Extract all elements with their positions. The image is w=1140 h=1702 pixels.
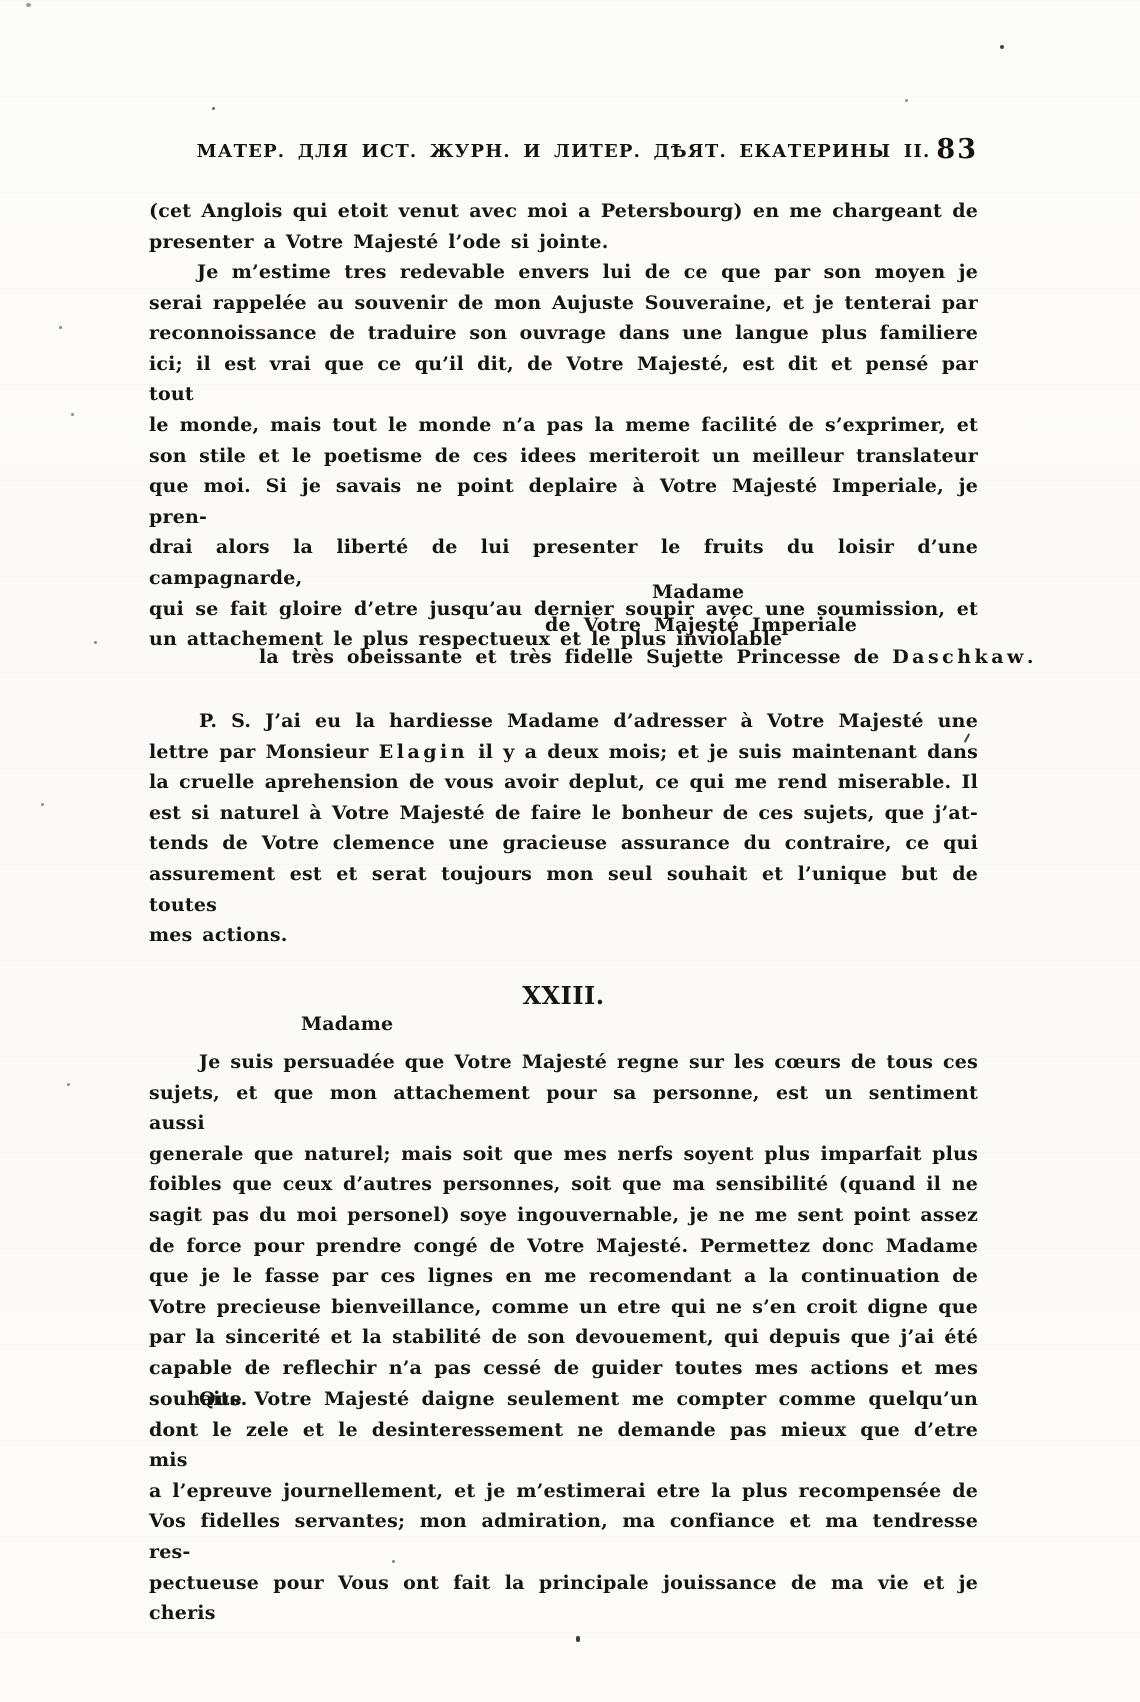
text-line: reconnoissance de traduire son ouvrage d… [149, 318, 978, 349]
text-line: Votre precieuse bienveillance, comme un … [149, 1292, 978, 1323]
text-line: pectueuse pour Vous ont fait la principa… [149, 1568, 978, 1629]
postscript-paragraph: P. S. J’ai eu la hardiesse Madame d’adre… [149, 706, 978, 951]
text-line: (cet Anglois qui etoit venut avec moi a … [149, 196, 978, 227]
scan-speck [1000, 45, 1004, 49]
scan-speck [26, 3, 31, 7]
scan-speck [576, 1636, 580, 1642]
text-line: XXIII. [149, 983, 978, 1009]
text-line: generale que naturel; mais soit que mes … [149, 1139, 978, 1170]
text-line: a l’epreuve journellement, et je m’estim… [149, 1476, 978, 1507]
text-line: la très obeissante et très fidelle Sujet… [259, 641, 978, 674]
text-line: Que Votre Majesté daigne seulement me co… [199, 1384, 978, 1415]
text-line: Je m’estime tres redevable envers lui de… [197, 257, 978, 288]
text-line: P. S. J’ai eu la hardiesse Madame d’adre… [199, 706, 978, 737]
text-line: dont le zele et le desinteressement ne d… [149, 1415, 978, 1476]
text-line: est si naturel à Votre Majesté de faire … [149, 798, 978, 829]
text-line: ici; il est vrai que ce qu’il dit, de Vo… [149, 349, 978, 410]
text-line: presenter a Votre Majesté l’ode si joint… [149, 227, 978, 258]
text-line: par la sincerité et la stabilité de son … [149, 1322, 978, 1353]
text-line: que moi. Si je savais ne point deplaire … [149, 471, 978, 532]
scan-speck [67, 1083, 70, 1086]
text-line: de force pour prendre congé de Votre Maj… [149, 1231, 978, 1262]
text-line: Vos fidelles servantes; mon admiration, … [149, 1506, 978, 1567]
text-line: lettre par Monsieur Elagin il y a deux m… [149, 737, 978, 768]
text-line: Je suis persuadée que Votre Majesté regn… [199, 1047, 978, 1078]
scan-speck [71, 413, 74, 416]
text-line: mes actions. [149, 920, 978, 951]
text-line: Madame [301, 1009, 978, 1040]
salutation: Madame [149, 1009, 978, 1040]
text-line: Madame [652, 576, 978, 609]
text-line: de Votre Majesté Imperiale [545, 609, 978, 642]
text-line: sagit pas du moi personel) soye ingouver… [149, 1200, 978, 1231]
text-line: le monde, mais tout le monde n’a pas la … [149, 410, 978, 441]
paragraph-daigne: Que Votre Majesté daigne seulement me co… [149, 1384, 978, 1629]
text-line: son stile et le poetisme de ces idees me… [149, 441, 978, 472]
section-heading: XXIII. [149, 983, 978, 1009]
letter-signature: Madamede Votre Majesté Imperialela très … [149, 576, 978, 674]
text-line: la cruelle aprehension de vous avoir dep… [149, 767, 978, 798]
scanned-book-page: МАТЕР. ДЛЯ ИСТ. ЖУРН. И ЛИТЕР. ДѢЯТ. ЕКА… [0, 0, 1140, 1702]
paragraph-continuation: (cet Anglois qui etoit venut avec moi a … [149, 196, 978, 257]
text-line: serai rappelée au souvenir de mon Aujust… [149, 288, 978, 319]
text-column: (cet Anglois qui etoit venut avec moi a … [149, 0, 978, 1702]
text-line: que je le fasse par ces lignes en me rec… [149, 1261, 978, 1292]
scan-speck [94, 641, 97, 644]
text-line: assurement est et serat toujours mon seu… [149, 859, 978, 920]
scan-speck [905, 99, 908, 102]
text-line: tends de Votre clemence une gracieuse as… [149, 828, 978, 859]
text-line: sujets, et que mon attachement pour sa p… [149, 1078, 978, 1139]
scan-speck [392, 1560, 395, 1563]
scan-speck [59, 326, 62, 329]
text-line: capable de reflechir n’a pas cessé de gu… [149, 1353, 978, 1384]
text-line: foibles que ceux d’autres personnes, soi… [149, 1169, 978, 1200]
scan-speck [41, 803, 44, 806]
scan-speck [212, 107, 215, 110]
paragraph-persuadee: Je suis persuadée que Votre Majesté regn… [149, 1047, 978, 1414]
